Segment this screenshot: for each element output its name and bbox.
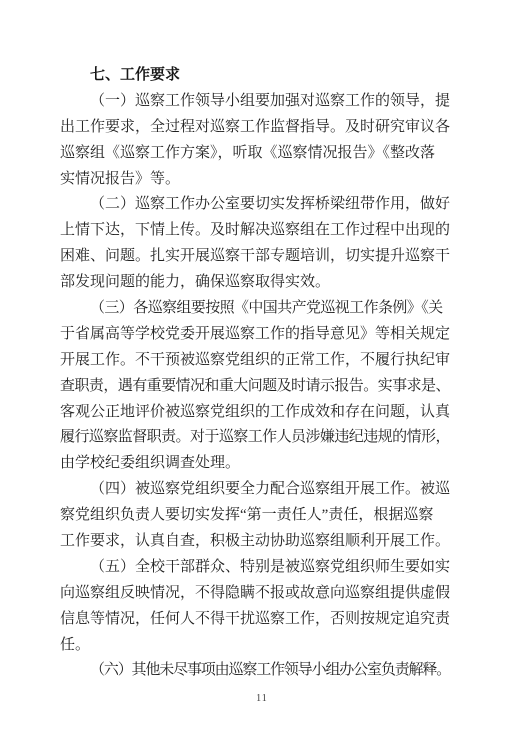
text-line: 上情下达，下情上传。及时解决巡察组在工作过程中出现的: [60, 218, 460, 244]
paragraph: （二）巡察工作办公室要切实发挥桥梁纽带作用，做好上情下达，下情上传。及时解决巡察…: [60, 192, 460, 296]
text-line: （五）全校干部群众、特别是被巡察党组织师生要如实: [60, 555, 460, 581]
text-line: （三）各巡察组要按照《中国共产党巡视工作条例》《关: [60, 296, 460, 322]
text-line: 信息等情况，任何人不得干扰巡察工作，否则按规定追究责: [60, 607, 460, 633]
text-line: 工作要求，认真自查，积极主动协助巡察组顺利开展工作。: [60, 529, 460, 555]
text-line: 部发现问题的能力，确保巡察取得实效。: [60, 270, 460, 296]
text-line: 实情况报告》等。: [60, 167, 460, 193]
text-line: （一）巡察工作领导小组要加强对巡察工作的领导，提: [60, 89, 460, 115]
document-content: 七、工作要求 （一）巡察工作领导小组要加强对巡察工作的领导，提出工作要求，全过程…: [60, 63, 460, 710]
text-line: 由学校纪委组织调查处理。: [60, 451, 460, 477]
text-line: 巡察组《巡察工作方案》，听取《巡察情况报告》《整改落: [60, 141, 460, 167]
text-line: 向巡察组反映情况，不得隐瞒不报或故意向巡察组提供虚假: [60, 581, 460, 607]
text-line: 困难、问题。扎实开展巡察干部专题培训，切实提升巡察干: [60, 244, 460, 270]
text-line: （二）巡察工作办公室要切实发挥桥梁纽带作用，做好: [60, 192, 460, 218]
paragraph: （六）其他未尽事项由巡察工作领导小组办公室负责解释。: [60, 658, 460, 684]
section-heading: 七、工作要求: [60, 63, 460, 89]
page-number-row: 11: [67, 684, 457, 710]
text-line: 察党组织负责人要切实发挥“第一责任人”责任，根据巡察: [60, 503, 460, 529]
text-line: 任。: [60, 633, 460, 659]
text-line: 客观公正地评价被巡察党组织的工作成效和存在问题，认真: [60, 400, 460, 426]
paragraph: （五）全校干部群众、特别是被巡察党组织师生要如实向巡察组反映情况，不得隐瞒不报或…: [60, 555, 460, 659]
paragraph: （一）巡察工作领导小组要加强对巡察工作的领导，提出工作要求，全过程对巡察工作监督…: [60, 89, 460, 193]
text-line: 出工作要求，全过程对巡察工作监督指导。及时研究审议各: [60, 115, 460, 141]
text-line: 于省属高等学校党委开展巡察工作的指导意见》等相关规定: [60, 322, 460, 348]
document-page: 七、工作要求 （一）巡察工作领导小组要加强对巡察工作的领导，提出工作要求，全过程…: [0, 0, 528, 741]
text-line: （六）其他未尽事项由巡察工作领导小组办公室负责解释。: [60, 658, 460, 684]
paragraphs-container: （一）巡察工作领导小组要加强对巡察工作的领导，提出工作要求，全过程对巡察工作监督…: [60, 89, 460, 684]
paragraph: （三）各巡察组要按照《中国共产党巡视工作条例》《关于省属高等学校党委开展巡察工作…: [60, 296, 460, 477]
paragraph: （四）被巡察党组织要全力配合巡察组开展工作。被巡察党组织负责人要切实发挥“第一责…: [60, 477, 460, 555]
text-line: （四）被巡察党组织要全力配合巡察组开展工作。被巡: [60, 477, 460, 503]
text-line: 履行巡察监督职责。对于巡察工作人员涉嫌违纪违规的情形，: [60, 425, 460, 451]
page-number: 11: [256, 693, 268, 704]
text-line: 开展工作。不干预被巡察党组织的正常工作，不履行执纪审: [60, 348, 460, 374]
text-line: 查职责，遇有重要情况和重大问题及时请示报告。实事求是、: [60, 374, 460, 400]
